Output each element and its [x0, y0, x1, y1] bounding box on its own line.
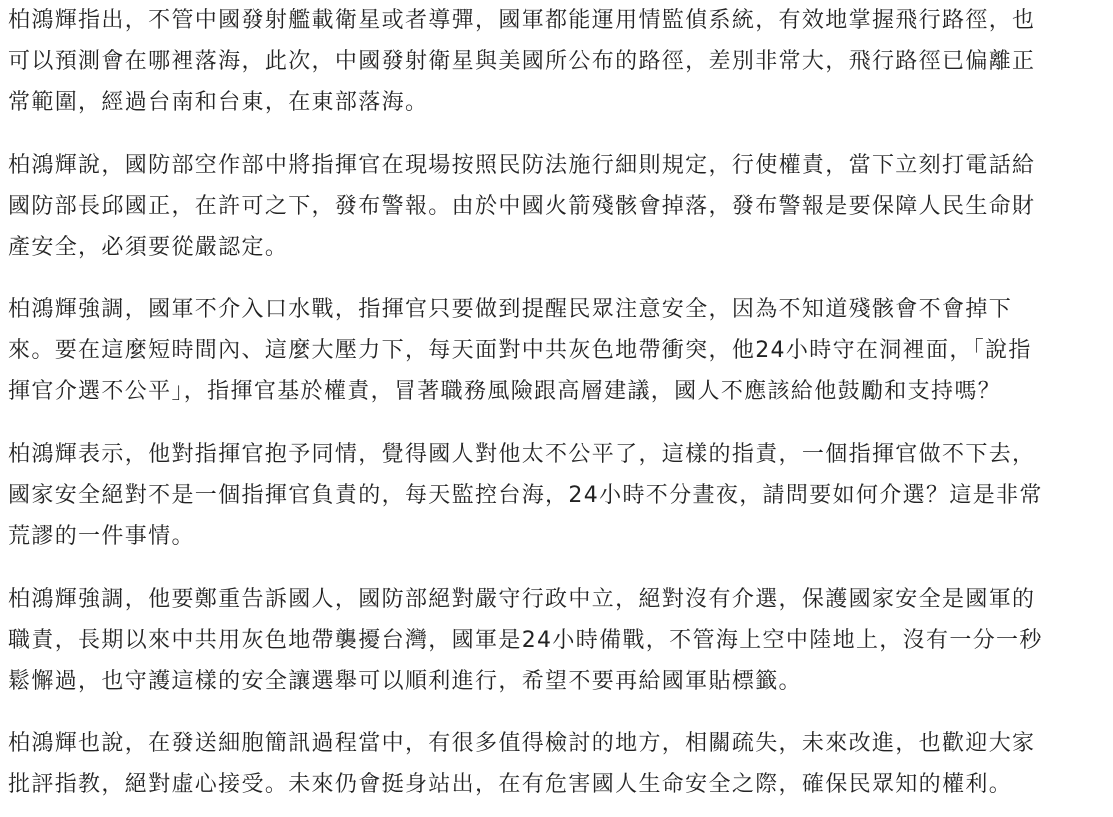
paragraph-6: 柏鴻輝也說，在發送細胞簡訊過程當中，有很多值得檢討的地方，相關疏失，未來改進，也…: [8, 723, 1113, 805]
paragraph-line: 國家安全絕對不是一個指揮官負責的，每天監控台海，24小時不分晝夜，請問要如何介選…: [8, 475, 1113, 516]
paragraph-line: 常範圍，經過台南和台東，在東部落海。: [8, 82, 1113, 123]
paragraph-line: 荒謬的一件事情。: [8, 516, 1113, 557]
paragraph-line: 產安全，必須要從嚴認定。: [8, 227, 1113, 268]
paragraph-2: 柏鴻輝說，國防部空作部中將指揮官在現場按照民防法施行細則規定，行使權責，當下立刻…: [8, 145, 1113, 268]
paragraph-line: 柏鴻輝也說，在發送細胞簡訊過程當中，有很多值得檢討的地方，相關疏失，未來改進，也…: [8, 723, 1113, 764]
paragraph-4: 柏鴻輝表示，他對指揮官抱予同情，覺得國人對他太不公平了，這樣的指責，一個指揮官做…: [8, 434, 1113, 557]
paragraph-1: 柏鴻輝指出，不管中國發射艦載衛星或者導彈，國軍都能運用情監偵系統，有效地掌握飛行…: [8, 0, 1113, 123]
paragraph-5: 柏鴻輝強調，他要鄭重告訴國人，國防部絕對嚴守行政中立，絕對沒有介選，保護國家安全…: [8, 579, 1113, 702]
paragraph-line: 來。要在這麼短時間內、這麼大壓力下，每天面對中共灰色地帶衝突，他24小時守在洞裡…: [8, 330, 1113, 371]
paragraph-line: 柏鴻輝指出，不管中國發射艦載衛星或者導彈，國軍都能運用情監偵系統，有效地掌握飛行…: [8, 0, 1113, 41]
paragraph-line: 柏鴻輝表示，他對指揮官抱予同情，覺得國人對他太不公平了，這樣的指責，一個指揮官做…: [8, 434, 1113, 475]
paragraph-line: 柏鴻輝說，國防部空作部中將指揮官在現場按照民防法施行細則規定，行使權責，當下立刻…: [8, 145, 1113, 186]
paragraph-line: 批評指教，絕對虛心接受。未來仍會挺身站出，在有危害國人生命安全之際，確保民眾知的…: [8, 764, 1113, 805]
paragraph-line: 柏鴻輝強調，國軍不介入口水戰，指揮官只要做到提醒民眾注意安全，因為不知道殘骸會不…: [8, 289, 1113, 330]
paragraph-3: 柏鴻輝強調，國軍不介入口水戰，指揮官只要做到提醒民眾注意安全，因為不知道殘骸會不…: [8, 289, 1113, 412]
paragraph-line: 揮官介選不公平」，指揮官基於權責，冒著職務風險跟高層建議，國人不應該給他鼓勵和支…: [8, 371, 1113, 412]
paragraph-line: 國防部長邱國正，在許可之下，發布警報。由於中國火箭殘骸會掉落，發布警報是要保障人…: [8, 186, 1113, 227]
paragraph-line: 鬆懈過，也守護這樣的安全讓選舉可以順利進行，希望不要再給國軍貼標籤。: [8, 661, 1113, 702]
paragraph-line: 柏鴻輝強調，他要鄭重告訴國人，國防部絕對嚴守行政中立，絕對沒有介選，保護國家安全…: [8, 579, 1113, 620]
paragraph-line: 可以預測會在哪裡落海，此次，中國發射衛星與美國所公布的路徑，差別非常大，飛行路徑…: [8, 41, 1113, 82]
paragraph-line: 職責，長期以來中共用灰色地帶襲擾台灣，國軍是24小時備戰，不管海上空中陸地上，沒…: [8, 620, 1113, 661]
